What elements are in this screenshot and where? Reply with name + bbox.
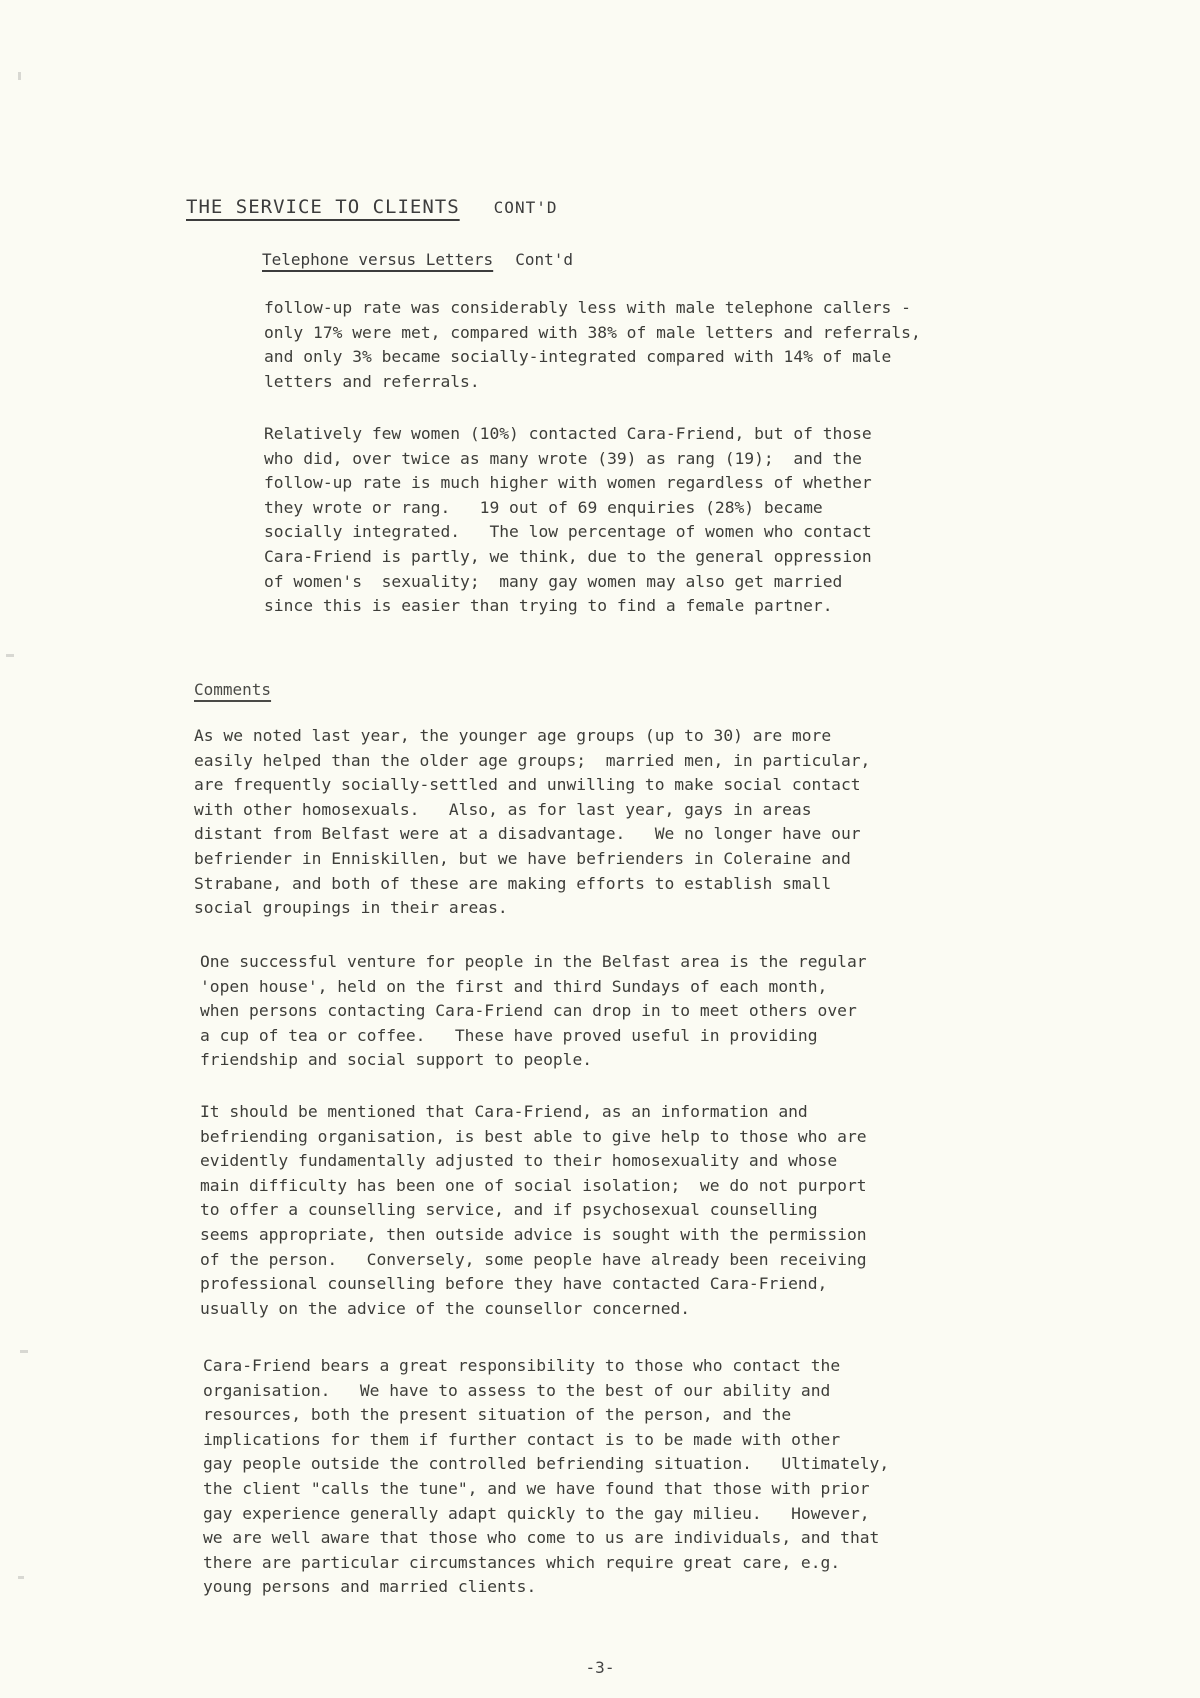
paragraph-responsibility: Cara-Friend bears a great responsibility… [203,1354,889,1600]
margin-mark [18,72,21,80]
margin-mark [20,1350,28,1353]
section-title: THE SERVICE TO CLIENTSCONT'D [186,196,557,218]
paragraph-counselling: It should be mentioned that Cara-Friend,… [200,1100,867,1321]
comments-heading: Comments [194,680,271,699]
page-number: -3- [586,1658,615,1677]
section-title-text: THE SERVICE TO CLIENTS [186,196,460,218]
subsection-title: Telephone versus LettersCont'd [262,250,573,269]
margin-mark [6,654,14,657]
paragraph-telephone-followup: follow-up rate was considerably less wit… [264,296,921,394]
document-page: THE SERVICE TO CLIENTSCONT'D Telephone v… [0,0,1200,1698]
subsection-title-text: Telephone versus Letters [262,250,493,269]
paragraph-open-house: One successful venture for people in the… [200,950,867,1073]
margin-mark [18,1576,24,1579]
section-title-continued: CONT'D [494,198,558,217]
paragraph-women-contacts: Relatively few women (10%) contacted Car… [264,422,872,619]
paragraph-age-groups: As we noted last year, the younger age g… [194,724,870,921]
subsection-title-continued: Cont'd [515,250,573,269]
